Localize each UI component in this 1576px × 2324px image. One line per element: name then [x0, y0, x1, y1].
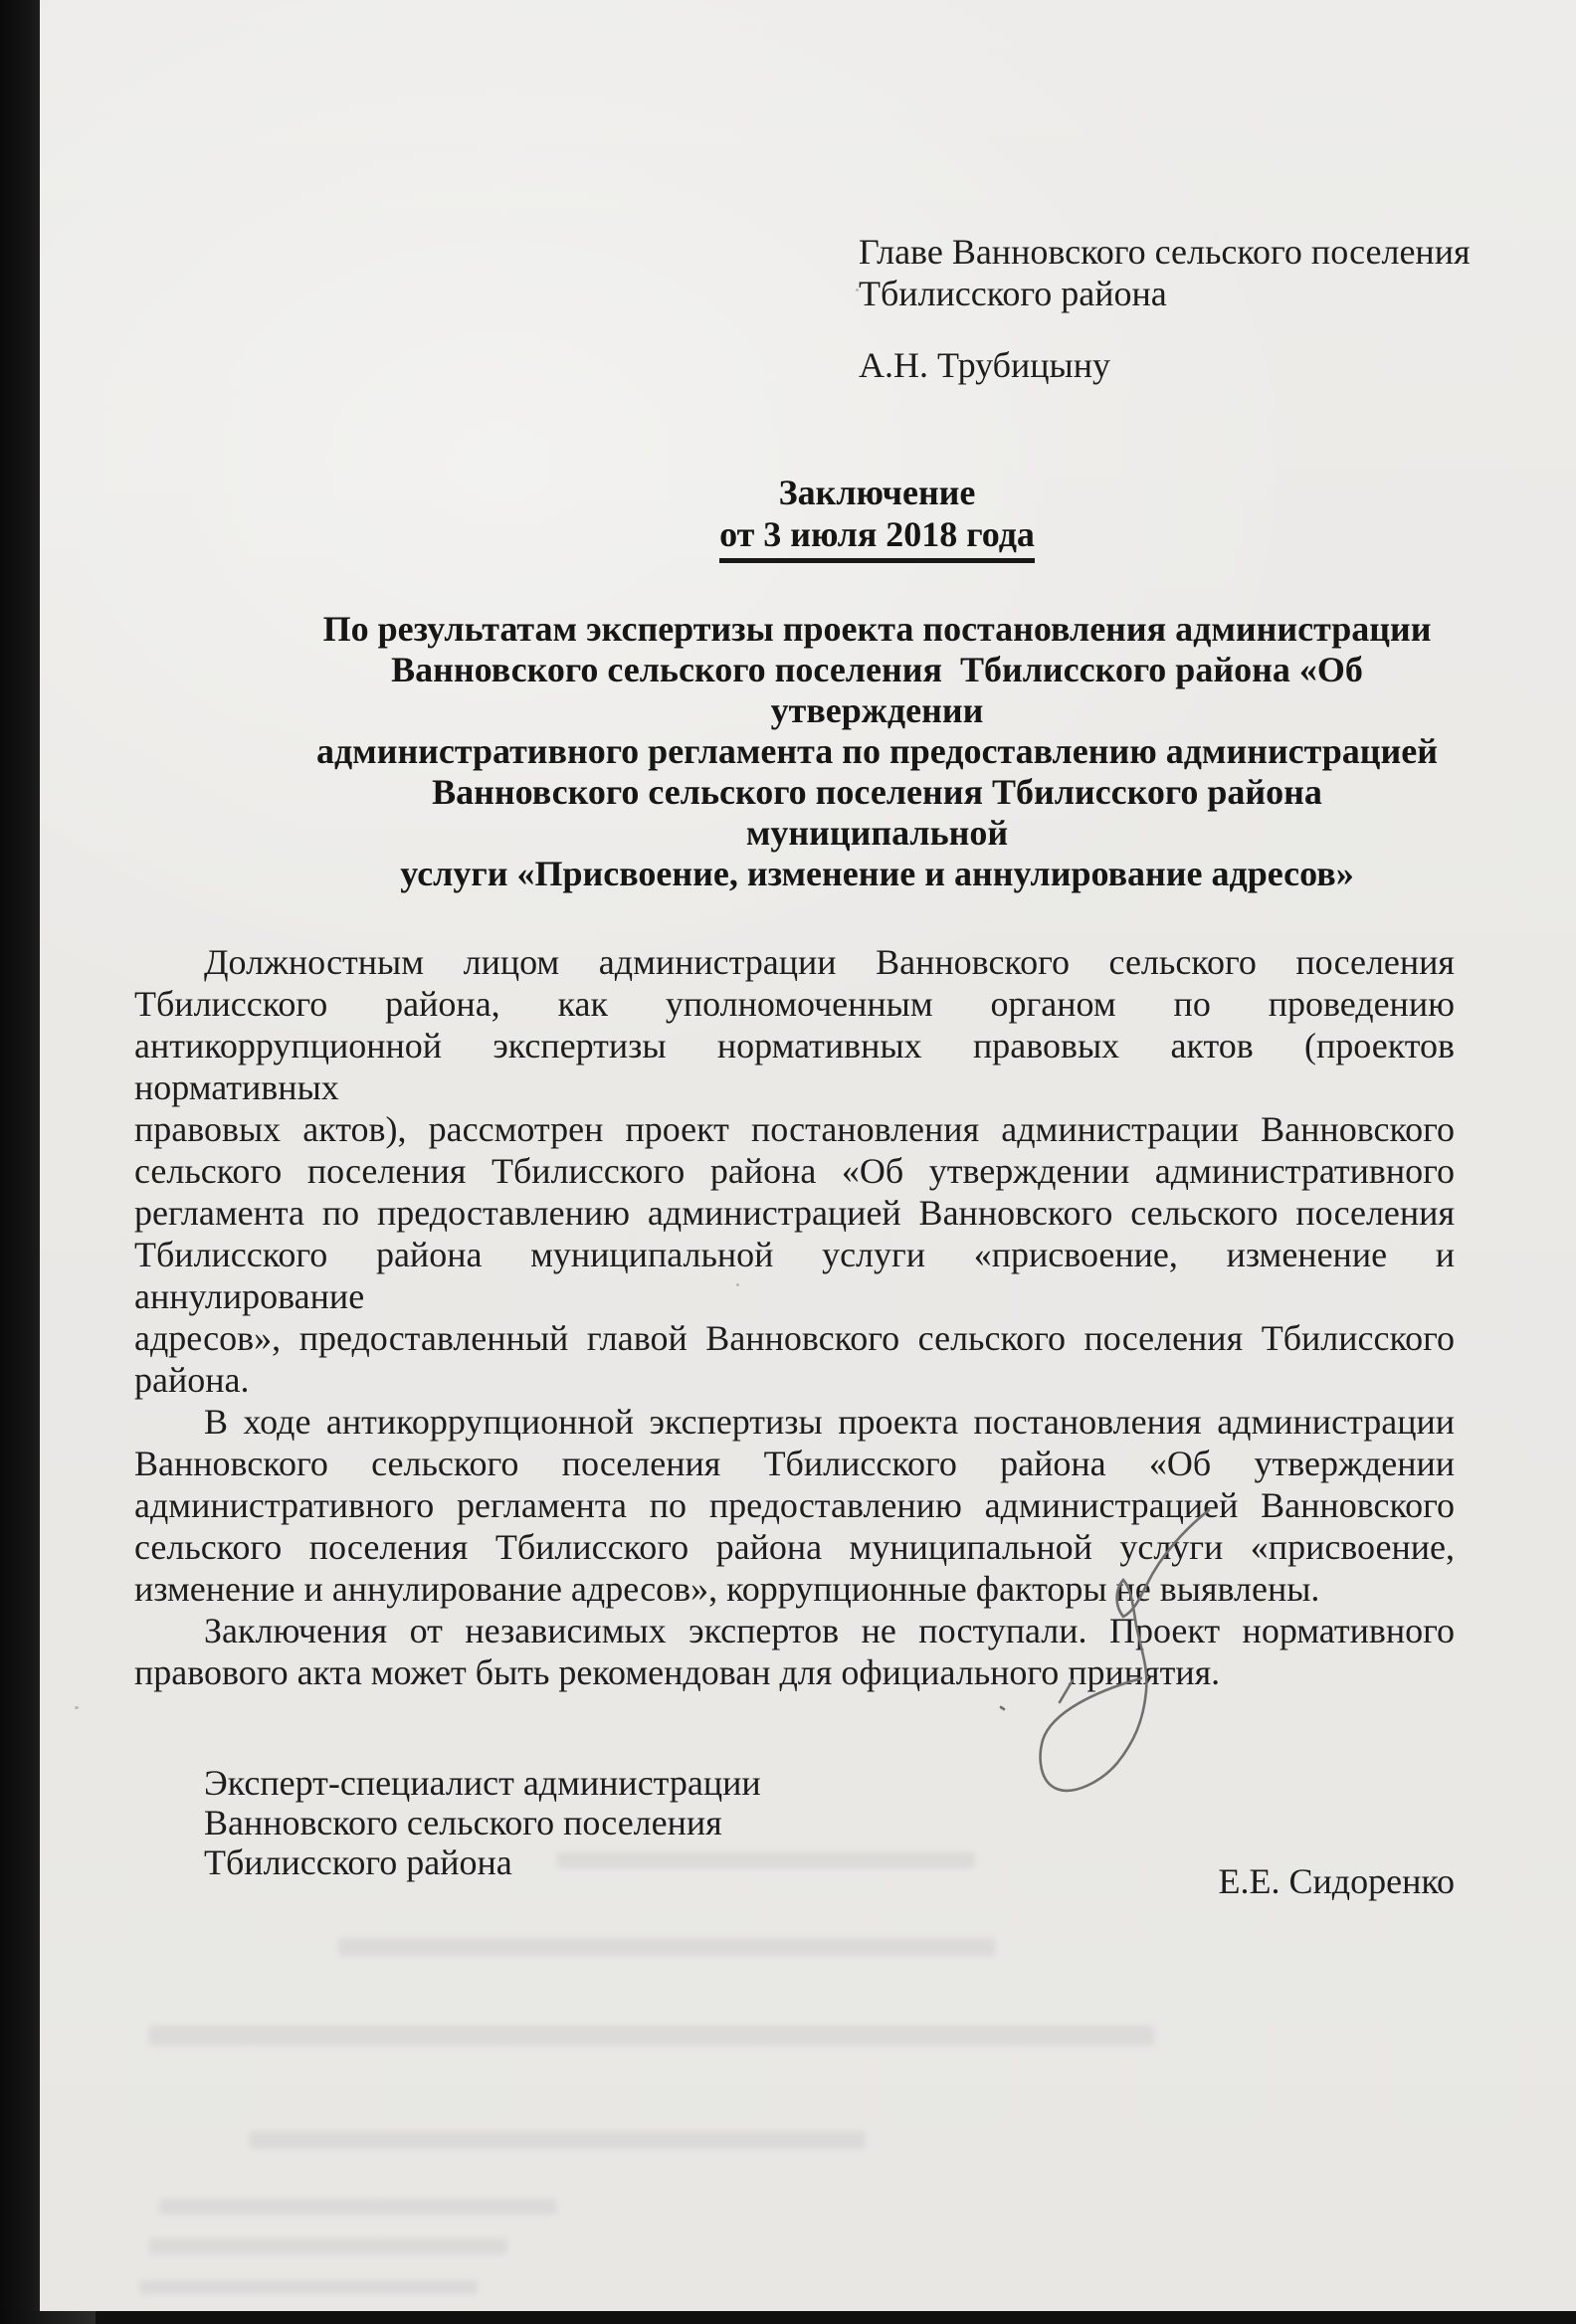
paragraph-line: сельского поселения Тбилисского района «…	[134, 1150, 1455, 1192]
paragraph-line: Тбилисского района муниципальной услуги …	[134, 1234, 1455, 1317]
paragraph-line: района.	[134, 1359, 1455, 1401]
subject-line: Ванновского сельского поселения Тбилисск…	[299, 650, 1455, 731]
subject-line: административного регламента по предоста…	[299, 731, 1455, 772]
signer-position-line: Тбилисского района	[204, 1842, 761, 1882]
paragraph-line: регламента по предоставлению администрац…	[134, 1192, 1455, 1234]
recipient-line: Тбилисского района	[859, 273, 1455, 314]
signature-block: Эксперт-специалист администрацииВанновск…	[134, 1763, 1455, 1882]
paragraph-line: правовых актов), рассмотрен проект поста…	[134, 1108, 1455, 1150]
body-text: Должностным лицом администрации Ванновск…	[134, 941, 1455, 1693]
paragraph-line: адресов», предоставленный главой Ванновс…	[134, 1317, 1455, 1359]
scanner-edge-bottom	[96, 2311, 1576, 2324]
signer-name: Е.Е. Сидоренко	[1219, 1860, 1455, 1902]
signer-position-line: Ванновского сельского поселения	[204, 1803, 761, 1842]
recipient-line: Главе Ванновского сельского поселения	[859, 231, 1455, 273]
paragraph-line: В ходе антикоррупционной экспертизы прое…	[134, 1401, 1455, 1443]
paragraph-line: Ванновского сельского поселения Тбилисск…	[134, 1443, 1455, 1484]
bleedthrough-ghost	[249, 2131, 866, 2149]
paragraph-line: Должностным лицом администрации Ванновск…	[134, 941, 1455, 983]
scanner-edge-left	[0, 0, 40, 2324]
signer-position-line: Эксперт-специалист администрации	[204, 1763, 761, 1803]
bleedthrough-ghost	[338, 1938, 995, 1956]
document-title: Заключение	[299, 472, 1455, 513]
document-date: от 3 июля 2018 года	[719, 513, 1035, 563]
document-content: Главе Ванновского сельского поселения Тб…	[134, 0, 1455, 1882]
paragraph-2: В ходе антикоррупционной экспертизы прое…	[134, 1401, 1455, 1610]
recipient-block: Главе Ванновского сельского поселения Тб…	[859, 231, 1455, 386]
recipient-addressee: А.Н. Трубицыну	[859, 344, 1455, 386]
paragraph-line: Заключения от независимых экспертов не п…	[134, 1610, 1455, 1651]
subject-line: услуги «Присвоение, изменение и аннулиро…	[299, 854, 1455, 894]
subject-block: По результатам экспертизы проекта постан…	[134, 609, 1455, 894]
paragraph-1: Должностным лицом администрации Ванновск…	[134, 941, 1455, 1401]
document-paper: Главе Ванновского сельского поселения Тб…	[40, 0, 1576, 2314]
paragraph-line: административного регламента по предоста…	[134, 1484, 1455, 1526]
bleedthrough-ghost	[149, 2026, 1154, 2045]
subject-line: По результатам экспертизы проекта постан…	[299, 609, 1455, 650]
paragraph-line: Тбилисского района, как уполномоченным о…	[134, 983, 1455, 1025]
document-date-wrap: от 3 июля 2018 года	[299, 513, 1455, 563]
bleedthrough-ghost	[149, 2238, 507, 2254]
bleedthrough-ghost	[159, 2199, 557, 2215]
document-title-block: Заключение от 3 июля 2018 года	[134, 472, 1455, 563]
scanned-page: Главе Ванновского сельского поселения Тб…	[0, 0, 1576, 2324]
paragraph-line: сельского поселения Тбилисского района м…	[134, 1526, 1455, 1568]
subject-line: Ванновского сельского поселения Тбилисск…	[299, 772, 1455, 854]
scan-speck	[75, 1706, 79, 1709]
paragraph-3: Заключения от независимых экспертов не п…	[134, 1610, 1455, 1693]
bleedthrough-ghost	[139, 2280, 478, 2294]
paragraph-line: изменение и аннулирование адресов», корр…	[134, 1568, 1455, 1610]
paragraph-line: антикоррупционной экспертизы нормативных…	[134, 1025, 1455, 1108]
signer-position: Эксперт-специалист администрацииВанновск…	[204, 1763, 761, 1882]
paragraph-line: правового акта может быть рекомендован д…	[134, 1651, 1455, 1693]
